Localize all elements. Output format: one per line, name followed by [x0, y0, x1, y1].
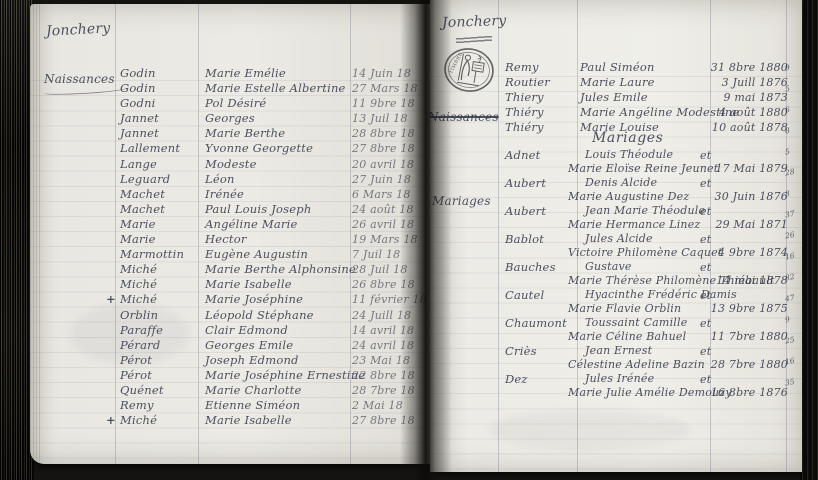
given-names: Marie Isabelle: [205, 413, 292, 428]
conjunction: et: [700, 205, 711, 218]
birth-date: 11 février 18: [352, 292, 430, 307]
births-list-right: Remy Paul Siméon 31 8bre 1880 Routier Ma…: [430, 60, 802, 135]
spouse1-name: Louis Théodule: [585, 148, 673, 161]
marriage-row: Chaumont Toussaint Camille et Marie Céli…: [430, 316, 802, 344]
marriage-date: 28 7bre 1880: [628, 358, 788, 371]
left-page: Jonchery Naissances Godin Marie Emélie 1…: [30, 4, 432, 464]
birth-date: 14 avril 18: [352, 323, 430, 338]
given-names: Léopold Stéphane: [205, 308, 314, 323]
given-names: Irénée: [205, 187, 244, 202]
given-names: Léon: [205, 172, 235, 187]
conjunction: et: [700, 345, 711, 358]
birth-row: Thiéry Marie Angéline Modestine 4 août 1…: [430, 105, 802, 120]
birth-row: Pérard Georges Emile 24 avril 18: [30, 338, 432, 353]
birth-date: 26 8bre 18: [352, 277, 430, 292]
surname: Thiéry: [505, 120, 544, 135]
act-number: 26: [784, 229, 802, 252]
birth-row: Marie Angéline Marie 26 avril 18: [30, 217, 432, 232]
given-names: Marie Isabelle: [205, 277, 292, 292]
birth-date: 24 août 18: [352, 202, 430, 217]
surname: Machet: [120, 202, 165, 217]
surname: Godin: [120, 66, 156, 81]
cross-mark: +: [106, 413, 116, 428]
surname: Lange: [120, 157, 157, 172]
marriage-date: 16 8bre 1876: [628, 386, 788, 399]
surname: Godin: [120, 81, 156, 96]
conjunction: et: [700, 373, 711, 386]
act-number: 37: [784, 208, 802, 231]
right-page: Jonchery TIMBRE Naissances Mariages Remy…: [430, 0, 802, 472]
surname: Pérard: [120, 338, 160, 353]
given-names: Modeste: [205, 157, 257, 172]
surname: Routier: [505, 75, 550, 90]
given-names: Yvonne Georgette: [205, 141, 313, 156]
act-number: 5: [784, 145, 802, 168]
given-names: Eugène Augustin: [205, 247, 308, 262]
surname: Paraffe: [120, 323, 163, 338]
birth-date: 27 8bre 18: [352, 413, 430, 428]
given-names: Marie Joséphine: [205, 292, 303, 307]
birth-row: Orblin Léopold Stéphane 24 Juill 18: [30, 308, 432, 323]
birth-date: 4 août 1880: [628, 105, 788, 120]
surname: Remy: [505, 60, 539, 75]
given-names: Georges Emile: [205, 338, 293, 353]
conjunction: et: [700, 317, 711, 330]
birth-date: 26 avril 18: [352, 217, 430, 232]
spouse1-name: Gustave: [585, 260, 632, 273]
marriage-row: Bauches Gustave et Marie Thérèse Philomè…: [430, 260, 802, 288]
given-names: Marie Emélie: [205, 66, 286, 81]
birth-date: 28 Juil 18: [352, 262, 430, 277]
birth-row: Remy Paul Siméon 31 8bre 1880: [430, 60, 802, 75]
surname: Bauches: [505, 260, 556, 274]
birth-row: Pérot Joseph Edmond 23 Mai 18: [30, 353, 432, 368]
act-number: 16: [784, 250, 802, 273]
surname: Marmottin: [120, 247, 184, 262]
surname: Thiéry: [505, 105, 544, 120]
marriage-date: 4 9bre 1874: [628, 246, 788, 259]
birth-row: Lallement Yvonne Georgette 27 8bre 18: [30, 141, 432, 156]
surname: Pérot: [120, 368, 152, 383]
spouse1-name: Jules Irénée: [585, 372, 654, 385]
birth-row: Marmottin Eugène Augustin 7 Juil 18: [30, 247, 432, 262]
marriage-date: 17 Mai 1879: [628, 162, 788, 175]
birth-row: Godin Marie Estelle Albertine 27 Mars 18: [30, 81, 432, 96]
given-names: Clair Edmond: [205, 323, 288, 338]
marriage-row: Criès Jean Ernest et Célestine Adeline B…: [430, 344, 802, 372]
struck-word-scribble: [456, 35, 492, 45]
spouse1-name: Hyacinthe Frédéric Damis: [585, 288, 737, 301]
birth-date: 23 Mai 18: [352, 353, 430, 368]
surname: Machet: [120, 187, 165, 202]
birth-row: Miché Marie Isabelle 26 8bre 18: [30, 277, 432, 292]
conjunction: et: [700, 177, 711, 190]
given-names: Georges: [205, 111, 255, 126]
birth-row: Machet Paul Louis Joseph 24 août 18: [30, 202, 432, 217]
marriage-date: 14 mai 1878: [628, 274, 788, 287]
birth-row: Jannet Georges 13 Juil 18: [30, 111, 432, 126]
birth-date: 14 Juin 18: [352, 66, 430, 81]
act-number: 16: [784, 355, 802, 378]
surname: Orblin: [120, 308, 158, 323]
act-number: 47: [784, 292, 802, 315]
birth-row: Miché Marie Berthe Alphonsine 28 Juil 18: [30, 262, 432, 277]
act-number: 9: [784, 313, 802, 336]
act-number: 5: [784, 82, 802, 105]
birth-date: 9 mai 1873: [628, 90, 788, 105]
spouse1-name: Jules Alcide: [585, 232, 653, 245]
birth-row: Routier Marie Laure 3 Juill 1876: [430, 75, 802, 90]
marriage-row: Cautel Hyacinthe Frédéric Damis et Marie…: [430, 288, 802, 316]
birth-row: Leguard Léon 27 Juin 18: [30, 172, 432, 187]
act-number: 35: [784, 376, 802, 399]
surname: Miché: [120, 277, 157, 292]
birth-row: Marie Hector 19 Mars 18: [30, 232, 432, 247]
act-number: 8: [784, 187, 802, 210]
given-names: Etienne Siméon: [205, 398, 300, 413]
surname: Jannet: [120, 126, 159, 141]
marriage-row: Dez Jules Irénée et Marie Julie Amélie D…: [430, 372, 802, 400]
birth-row: Remy Etienne Siméon 2 Mai 18: [30, 398, 432, 413]
birth-row: Godni Pol Désiré 11 9bre 18: [30, 96, 432, 111]
birth-date: 6 Mars 18: [352, 187, 430, 202]
given-names: Hector: [205, 232, 247, 247]
birth-date: 31 8bre 1880: [628, 60, 788, 75]
birth-row: Pérot Marie Joséphine Ernestine 22 8bre …: [30, 368, 432, 383]
surname: Miché: [120, 413, 157, 428]
ink-showthrough: [490, 410, 690, 450]
birth-row: Thiery Jules Emile 9 mai 1873: [430, 90, 802, 105]
birth-date: 24 Juill 18: [352, 308, 430, 323]
marriage-date: 30 Juin 1876: [628, 190, 788, 203]
surname: Aubert: [505, 204, 546, 218]
birth-date: 28 8bre 18: [352, 126, 430, 141]
surname: Dez: [505, 372, 528, 386]
births-list-left: Godin Marie Emélie 14 Juin 18 Godin Mari…: [30, 66, 432, 428]
surname: Leguard: [120, 172, 170, 187]
surname: Remy: [120, 398, 154, 413]
marriages-list: Adnet Louis Théodule et Marie Eloïse Rei…: [430, 148, 802, 400]
marriages-section-title: Mariages: [592, 130, 663, 146]
birth-date: 27 Mars 18: [352, 81, 430, 96]
conjunction: et: [700, 261, 711, 274]
birth-date: 19 Mars 18: [352, 232, 430, 247]
given-names: Paul Louis Joseph: [205, 202, 311, 217]
given-names: Marie Joséphine Ernestine: [205, 368, 365, 383]
birth-date: 28 7bre 18: [352, 383, 430, 398]
surname: Bablot: [505, 232, 544, 246]
act-number: 82: [784, 271, 802, 294]
conjunction: et: [700, 289, 711, 302]
surname: Pérot: [120, 353, 152, 368]
birth-row: Jannet Marie Berthe 28 8bre 18: [30, 126, 432, 141]
surname: Aubert: [505, 176, 546, 190]
marriage-row: Aubert Jean Marie Théodule et Marie Herm…: [430, 204, 802, 232]
act-number: 25: [784, 334, 802, 357]
birth-date: 13 Juil 18: [352, 111, 430, 126]
birth-date: 22 8bre 18: [352, 368, 430, 383]
surname: Quénet: [120, 383, 164, 398]
given-names: Angéline Marie: [205, 217, 298, 232]
given-names: Marie Estelle Albertine: [205, 81, 346, 96]
birth-row: Paraffe Clair Edmond 14 avril 18: [30, 323, 432, 338]
act-number: 28: [784, 166, 802, 189]
register-spread: Jonchery Naissances Godin Marie Emélie 1…: [0, 0, 818, 480]
given-names: Pol Désiré: [205, 96, 266, 111]
spouse1-name: Jean Ernest: [585, 344, 652, 357]
surname: Adnet: [505, 148, 541, 162]
birth-row: Quénet Marie Charlotte 28 7bre 18: [30, 383, 432, 398]
spouse1-name: Jean Marie Théodule: [585, 204, 705, 217]
birth-date: 27 Juin 18: [352, 172, 430, 187]
birth-date: 20 avril 18: [352, 157, 430, 172]
surname: Marie: [120, 217, 156, 232]
surname: Jannet: [120, 111, 159, 126]
spouse1-name: Denis Alcide: [585, 176, 657, 189]
birth-row: + Miché Marie Isabelle 27 8bre 18: [30, 413, 432, 428]
spouse1-name: Toussaint Camille: [585, 316, 687, 329]
page-title: Jonchery: [46, 20, 111, 39]
conjunction: et: [700, 233, 711, 246]
marriage-row: Aubert Denis Alcide et Marie Augustine D…: [430, 176, 802, 204]
surname: Lallement: [120, 141, 180, 156]
birth-row: + Miché Marie Joséphine 11 février 18: [30, 292, 432, 307]
birth-date: 27 8bre 18: [352, 141, 430, 156]
surname: Criès: [505, 344, 537, 358]
page-title: Jonchery: [442, 13, 507, 31]
marriage-date: 29 Mai 1871: [628, 218, 788, 231]
surname: Miché: [120, 292, 157, 307]
surname: Chaumont: [505, 316, 567, 330]
birth-date: 24 avril 18: [352, 338, 430, 353]
birth-date: 3 Juill 1876: [628, 75, 788, 90]
act-number: 9: [784, 61, 802, 84]
act-number: 6: [784, 103, 802, 126]
marriage-date: 11 7bre 1880: [628, 330, 788, 343]
given-names: Marie Charlotte: [205, 383, 301, 398]
birth-row: Lange Modeste 20 avril 18: [30, 157, 432, 172]
birth-date: 11 9bre 18: [352, 96, 430, 111]
surname: Marie: [120, 232, 156, 247]
marriage-row: Adnet Louis Théodule et Marie Eloïse Rei…: [430, 148, 802, 176]
cross-mark: +: [106, 292, 116, 307]
given-names: Joseph Edmond: [205, 353, 299, 368]
marriage-row: Bablot Jules Alcide et Victoire Philomèn…: [430, 232, 802, 260]
book-left-edge: [0, 0, 34, 480]
act-number: 8: [784, 124, 802, 147]
surname: Thiery: [505, 90, 544, 105]
surname: Godni: [120, 96, 156, 111]
given-names: Marie Berthe Alphonsine: [205, 262, 356, 277]
surname: Cautel: [505, 288, 544, 302]
birth-row: Machet Irénée 6 Mars 18: [30, 187, 432, 202]
birth-date: 2 Mai 18: [352, 398, 430, 413]
book-right-edge: [800, 0, 818, 480]
conjunction: et: [700, 149, 711, 162]
birth-date: 7 Juil 18: [352, 247, 430, 262]
margin-act-numbers: 9568528837261682479251635: [786, 62, 802, 398]
marriage-date: 13 9bre 1875: [628, 302, 788, 315]
surname: Miché: [120, 262, 157, 277]
given-names: Marie Berthe: [205, 126, 285, 141]
birth-row: Godin Marie Emélie 14 Juin 18: [30, 66, 432, 81]
